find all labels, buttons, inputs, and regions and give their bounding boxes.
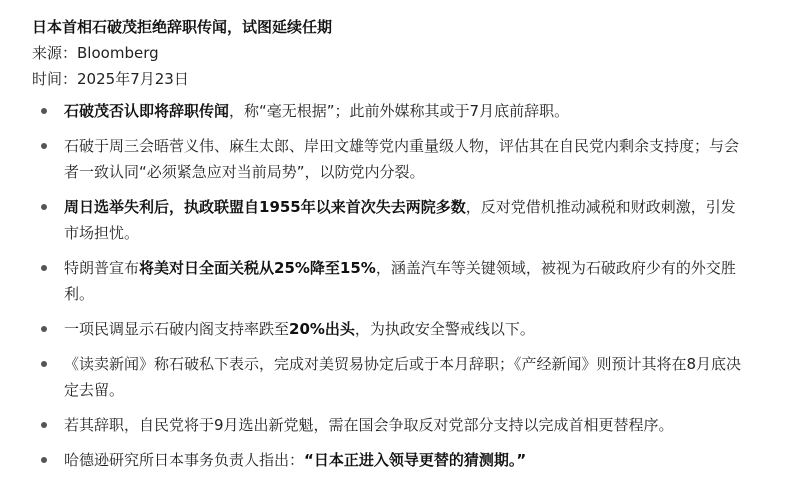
source-value: Bloomberg bbox=[77, 44, 159, 62]
bullet-dot-icon bbox=[41, 265, 47, 271]
list-item: 周日选举失利后，执政联盟自1955年以来首次失去两院多数，反对党借机推动减税和财… bbox=[32, 194, 768, 246]
article-title: 日本首相石破茂拒绝辞职传闻，试图延续任期 bbox=[32, 14, 768, 40]
article-time: 时间：2025年7月23日 bbox=[32, 66, 768, 92]
point-text: 石破于周三会晤菅义伟、麻生太郎、岸田文雄等党内重量级人物，评估其在自民党内剩余支… bbox=[64, 137, 739, 181]
list-item: 石破茂否认即将辞职传闻，称“毫无根据”；此前外媒称其或于7月底前辞职。 bbox=[32, 98, 768, 124]
point-text-lead: 特朗普宣布 bbox=[64, 259, 139, 277]
point-text: 若其辞职，自民党将于9月选出新党魁，需在国会争取反对党部分支持以完成首相更替程序… bbox=[64, 416, 674, 434]
list-item: 一项民调显示石破内阁支持率跌至20%出头，为执政安全警戒线以下。 bbox=[32, 316, 768, 342]
point-emphasis: 将美对日全面关税从25%降至15% bbox=[139, 259, 376, 277]
point-text: ，为执政安全警戒线以下。 bbox=[355, 320, 535, 338]
list-item: 若其辞职，自民党将于9月选出新党魁，需在国会争取反对党部分支持以完成首相更替程序… bbox=[32, 412, 768, 438]
time-value: 2025年7月23日 bbox=[77, 70, 189, 88]
point-emphasis: 石破茂否认即将辞职传闻 bbox=[64, 102, 229, 120]
point-emphasis: 20%出头 bbox=[289, 320, 355, 338]
point-text-lead: 哈德逊研究所日本事务负责人指出： bbox=[64, 451, 304, 469]
bullet-dot-icon bbox=[41, 361, 47, 367]
article-source: 来源：Bloomberg bbox=[32, 40, 768, 66]
bullet-dot-icon bbox=[41, 204, 47, 210]
news-article: 日本首相石破茂拒绝辞职传闻，试图延续任期 来源：Bloomberg 时间：202… bbox=[0, 0, 768, 473]
list-item: 《读卖新闻》称石破私下表示，完成对美贸易协定后或于本月辞职；《产经新闻》则预计其… bbox=[32, 351, 768, 403]
point-text: 《读卖新闻》称石破私下表示，完成对美贸易协定后或于本月辞职；《产经新闻》则预计其… bbox=[64, 355, 741, 399]
time-label: 时间： bbox=[32, 70, 77, 88]
point-text-lead: 一项民调显示石破内阁支持率跌至 bbox=[64, 320, 289, 338]
point-emphasis: “日本正进入领导更替的猜测期。” bbox=[304, 451, 526, 469]
bullet-dot-icon bbox=[41, 326, 47, 332]
bullet-dot-icon bbox=[41, 108, 47, 114]
list-item: 特朗普宣布将美对日全面关税从25%降至15%，涵盖汽车等关键领域，被视为石破政府… bbox=[32, 255, 768, 307]
bullet-dot-icon bbox=[41, 143, 47, 149]
point-text: ，称“毫无根据”；此前外媒称其或于7月底前辞职。 bbox=[229, 102, 569, 120]
source-label: 来源： bbox=[32, 44, 77, 62]
bullet-dot-icon bbox=[41, 422, 47, 428]
bullet-dot-icon bbox=[41, 457, 47, 463]
point-emphasis: 周日选举失利后，执政联盟自1955年以来首次失去两院多数 bbox=[64, 198, 466, 216]
list-item: 哈德逊研究所日本事务负责人指出：“日本正进入领导更替的猜测期。” bbox=[32, 447, 768, 473]
key-points-list: 石破茂否认即将辞职传闻，称“毫无根据”；此前外媒称其或于7月底前辞职。 石破于周… bbox=[32, 98, 768, 473]
list-item: 石破于周三会晤菅义伟、麻生太郎、岸田文雄等党内重量级人物，评估其在自民党内剩余支… bbox=[32, 133, 768, 185]
